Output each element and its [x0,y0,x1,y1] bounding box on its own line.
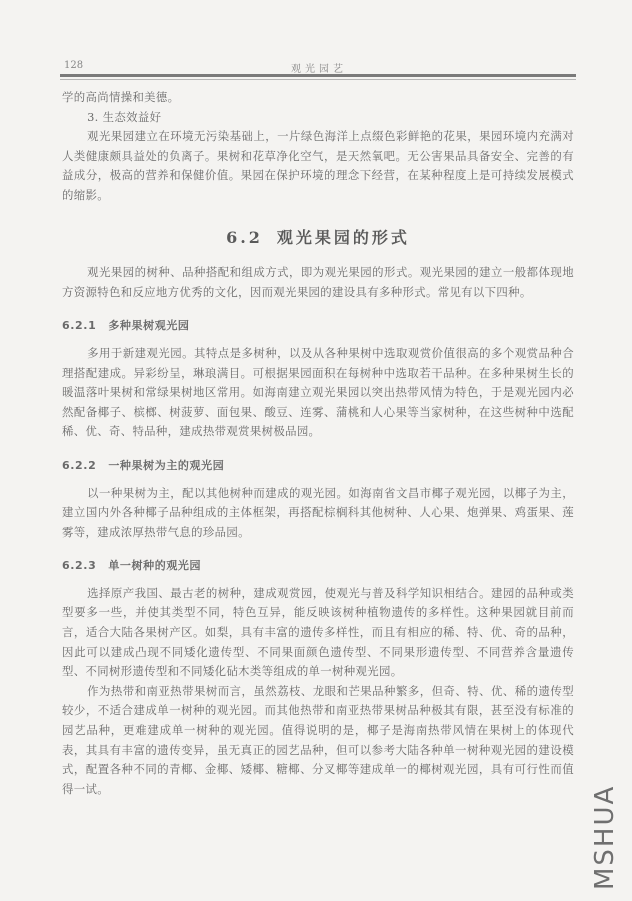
subsection-heading: 6.2.2一种果树为主的观光园 [62,456,574,476]
section-number: 6.2 [226,228,263,247]
paragraph: 观光果园建立在环境无污染基础上，一片绿色海洋上点缀色彩鲜艳的花果，果园环境内充满… [62,127,574,205]
item-heading: 3. 生态效益好 [62,108,574,128]
book-title: 观光园艺 [62,60,576,75]
paragraph: 多用于新建观光园。其特点是多树种，以及从各种果树中选取观赏价值很高的多个观赏品种… [62,344,574,442]
book-page: 128 观光园艺 学的高尚情操和美德。 3. 生态效益好 观光果园建立在环境无污… [0,0,632,901]
paragraph: 观光果园的树种、品种搭配和组成方式，即为观光果园的形式。观光果园的建立一般都体现… [62,263,574,302]
paragraph: 作为热带和南亚热带果树而言，虽然荔枝、龙眼和芒果品种繁多，但奇、特、优、稀的遗传… [62,682,574,800]
subsection-number: 6.2.3 [62,559,96,572]
section-title-text: 观光果园的形式 [277,228,410,247]
header-rule-thick [60,74,576,77]
paragraph: 选择原产我国、最古老的树种，建成观赏园，使观光与普及科学知识相结合。建园的品种或… [62,584,574,682]
paragraph: 以一种果树为主，配以其他树种而建成的观光园。如海南省文昌市椰子观光园，以椰子为主… [62,484,574,543]
body-text: 学的高尚情操和美德。 3. 生态效益好 观光果园建立在环境无污染基础上，一片绿色… [62,88,574,799]
subsection-heading: 6.2.1多种果树观光园 [62,316,574,336]
subsection-heading: 6.2.3单一树种的观光园 [62,556,574,576]
continued-line: 学的高尚情操和美德。 [62,88,574,108]
subsection-number: 6.2.2 [62,459,96,472]
section-title: 6.2观光果园的形式 [62,228,574,248]
watermark: MSHUA [590,785,620,890]
header-rule-thin [60,79,576,80]
subsection-title: 多种果树观光园 [108,319,189,332]
subsection-number: 6.2.1 [62,319,96,332]
running-head: 128 观光园艺 [62,60,576,74]
subsection-title: 单一树种的观光园 [108,559,201,572]
subsection-title: 一种果树为主的观光园 [108,459,224,472]
